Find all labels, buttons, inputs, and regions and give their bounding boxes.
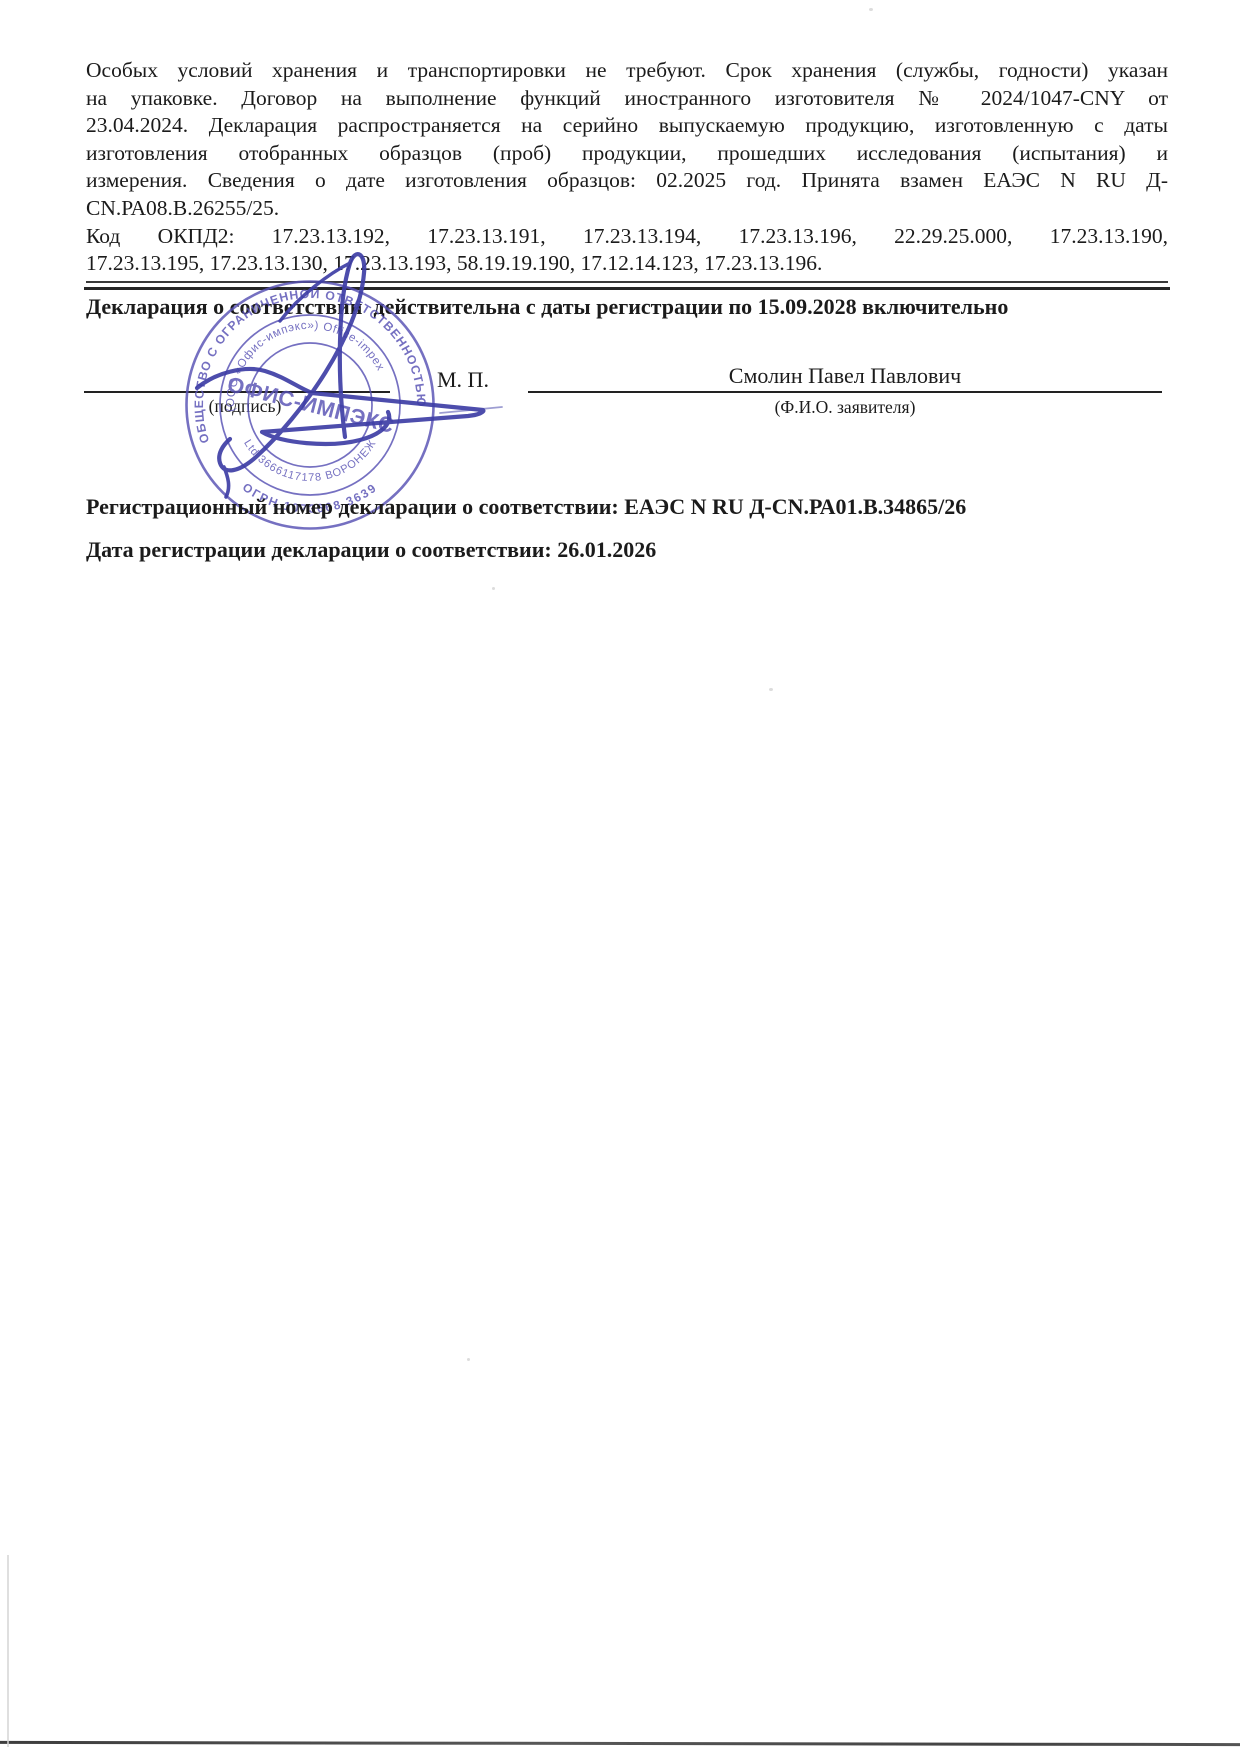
scan-edge-left (7, 1555, 9, 1747)
scan-speck (467, 1358, 470, 1361)
scan-speck (869, 8, 873, 11)
document-scan: Особых условий хранения и транспортировк… (0, 0, 1240, 1754)
paragraph-line: измерения. Сведения о дате изготовления … (86, 167, 1168, 195)
registration-date-line: Дата регистрации декларации о соответств… (86, 537, 1206, 563)
paragraph-line: 23.04.2024. Декларация распространяется … (86, 112, 1168, 140)
paragraph-line: на упаковке. Договор на выполнение функц… (86, 85, 1168, 113)
paragraph-line: изготовления отобранных образцов (проб) … (86, 140, 1168, 168)
registration-number-line: Регистрационный номер декларации о соотв… (86, 494, 1206, 520)
paragraph-line: Особых условий хранения и транспортировк… (86, 57, 1168, 85)
scan-speck (769, 688, 773, 691)
applicant-name: Смолин Павел Павлович (528, 363, 1162, 389)
applicant-caption: (Ф.И.О. заявителя) (528, 397, 1162, 418)
scan-edge-bottom (0, 1741, 1240, 1746)
scan-speck (492, 587, 495, 590)
applicant-name-line (528, 391, 1162, 393)
paragraph-line: CN.РА08.В.26255/25. (86, 195, 1168, 223)
